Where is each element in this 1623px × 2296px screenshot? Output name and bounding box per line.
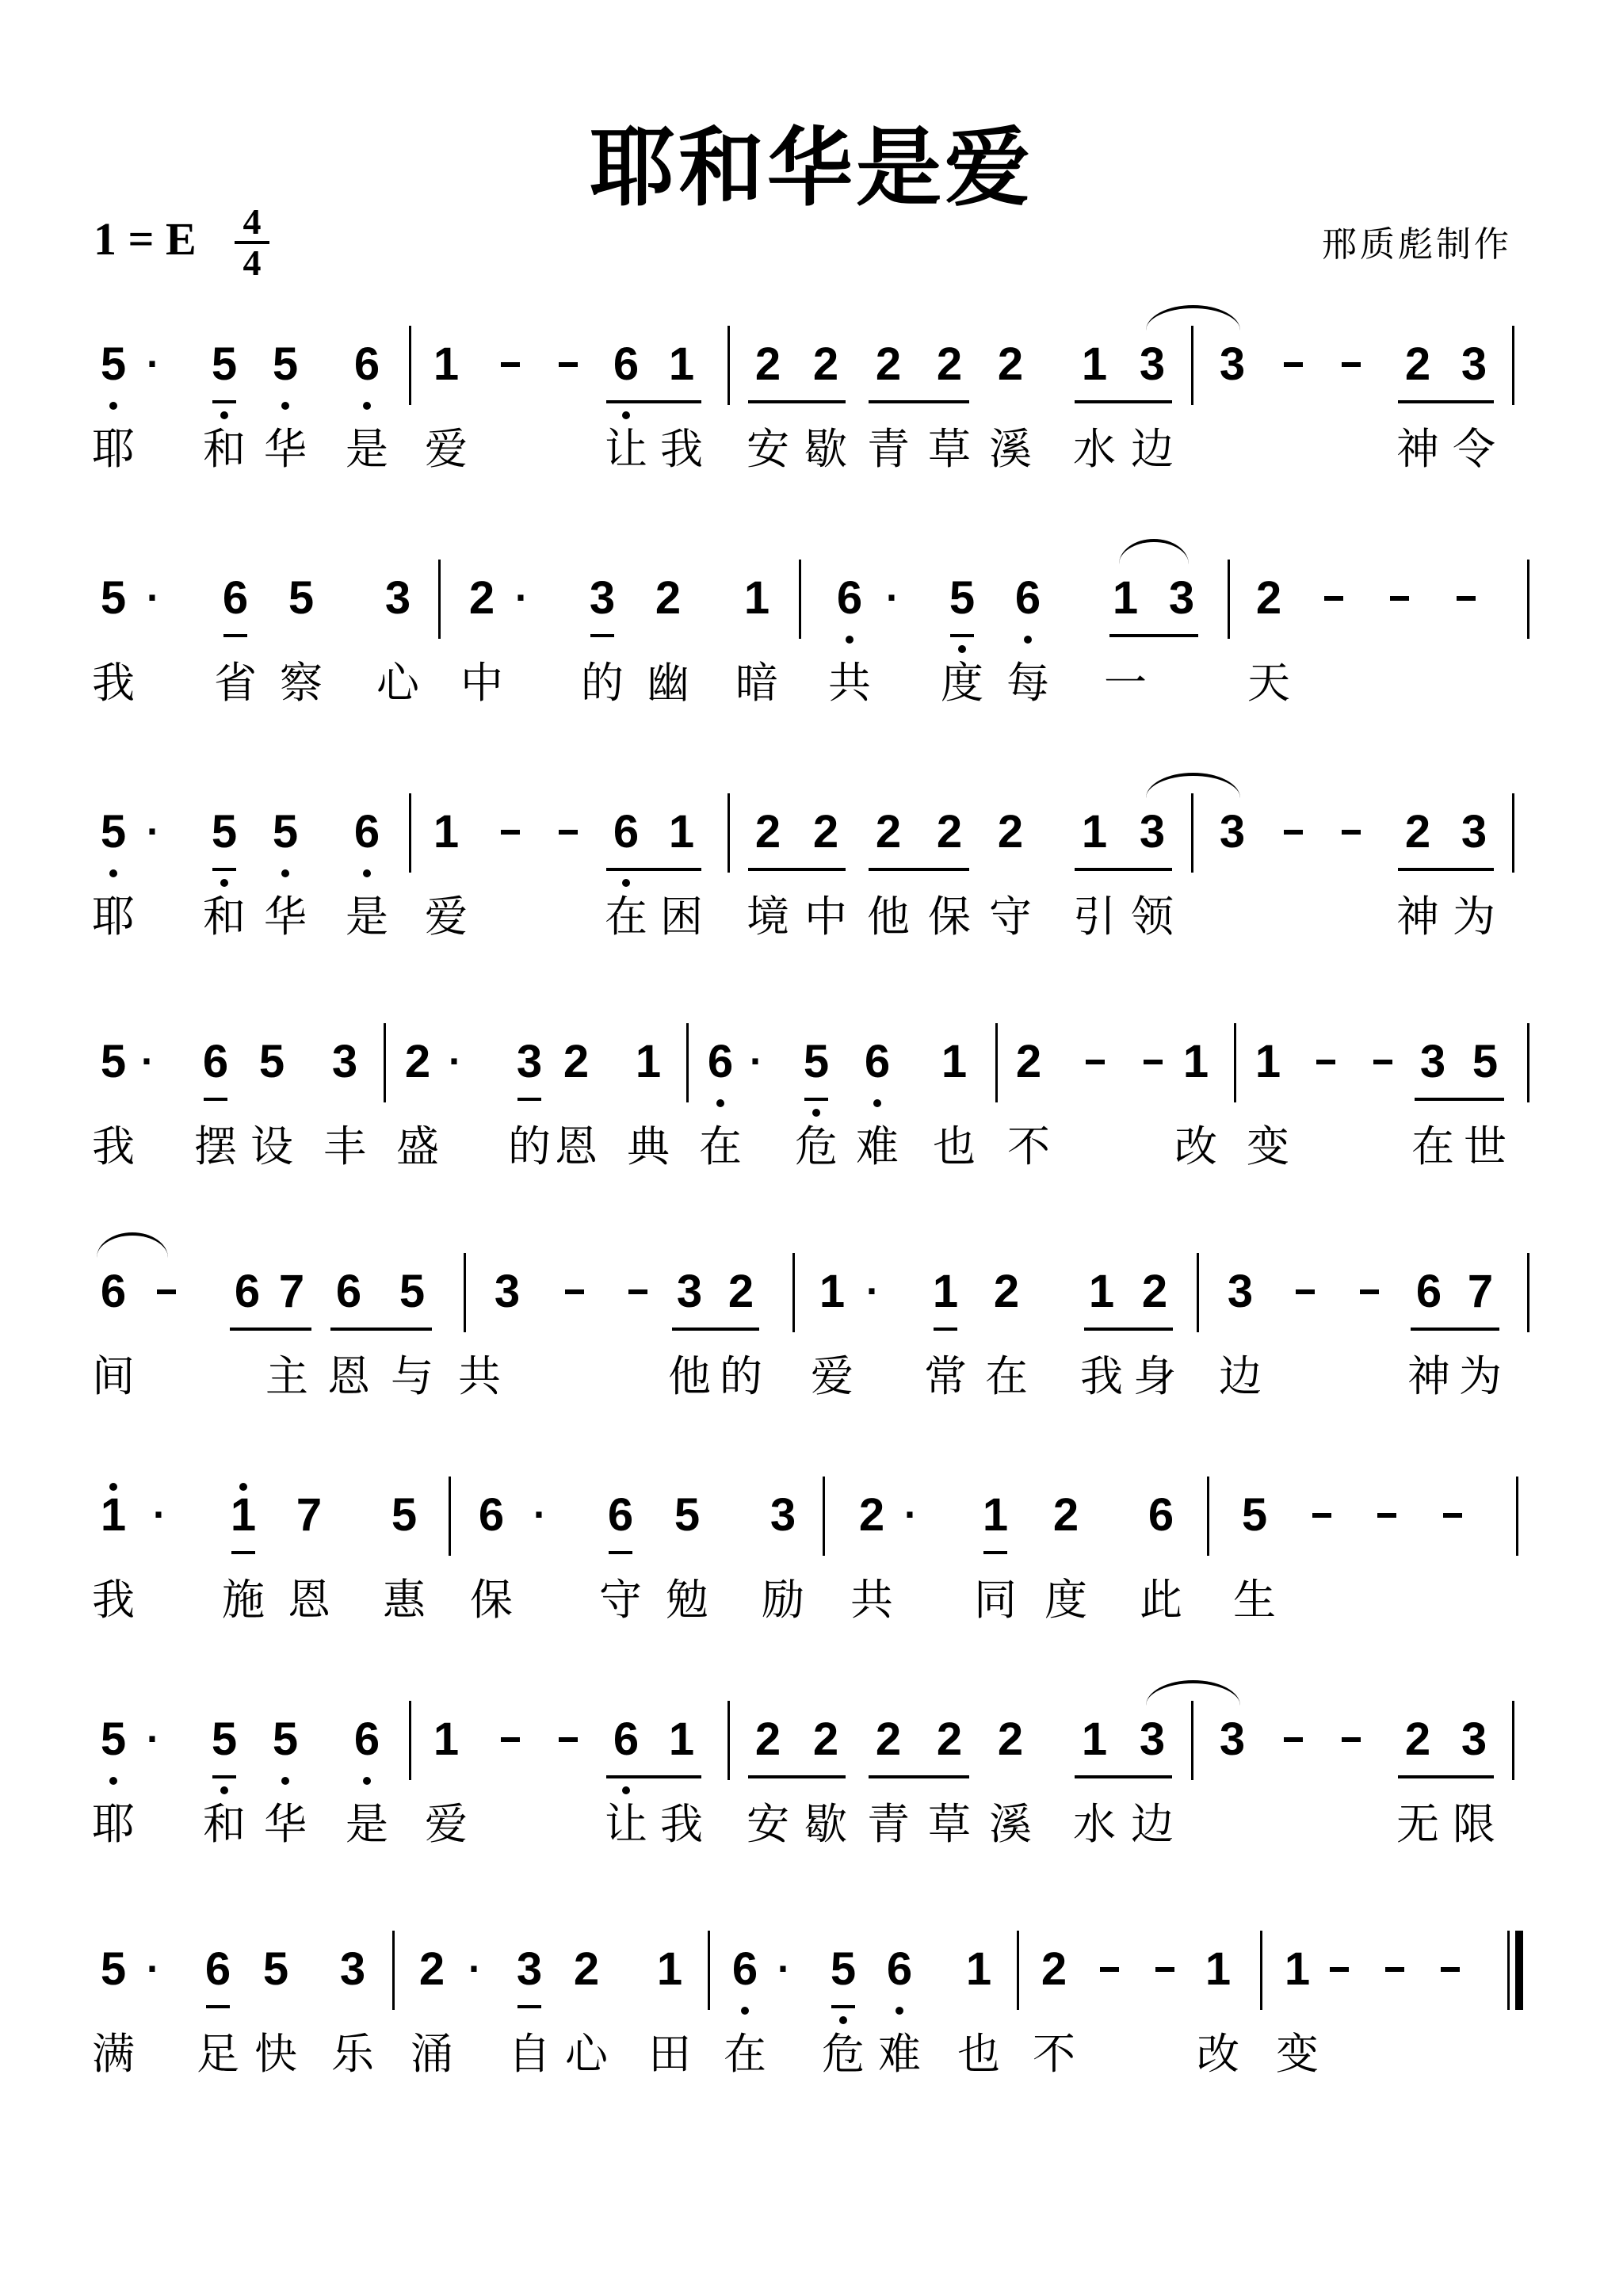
lyric-char: 恩 [285,1576,333,1624]
lyric-char: 也 [930,1123,978,1171]
note: 1 [812,1264,852,1320]
note: 1 [926,1264,965,1320]
note: 6 [725,1942,765,1997]
lyric-char: 共 [826,659,873,707]
lyric-char: 青 [865,1801,912,1848]
sixteenth-underline [934,1328,957,1331]
lyric-char: 我 [90,1123,137,1171]
sixteenth-underline [804,1098,828,1101]
note: 1 [1075,337,1114,392]
note: 3 [1132,1712,1172,1767]
lyric-char: 暗 [733,659,781,707]
lyric-char: 华 [262,426,309,473]
note: 5 [204,804,244,860]
note: 5 [256,1942,296,1997]
note: 6 [347,804,387,860]
extension-dash [157,1289,176,1294]
barline [1017,1931,1019,2010]
barline [995,1023,998,1102]
sixteenth-underline [831,2005,855,2008]
extension-dash [1457,596,1476,601]
lyric-char: 恩 [325,1353,372,1400]
octave-down-dot [622,411,630,419]
extension-dash [565,1289,584,1294]
note: 6 [606,1712,646,1767]
augmentation-dot: · [531,1488,547,1543]
note: 6 [606,804,646,860]
note: 2 [462,571,502,626]
lyric-char: 田 [646,2030,693,2078]
beam-underline [672,1328,759,1331]
beam-underline [1075,868,1172,871]
octave-down-dot [846,636,854,644]
note: 1 [737,571,777,626]
sixteenth-underline [204,1098,227,1101]
note: 5 [94,1942,133,1997]
lyric-char: 边 [1128,426,1176,473]
lyric-char: 困 [658,893,705,941]
sixteenth-underline [983,1551,1007,1554]
extension-dash [1284,830,1303,835]
lyric-char: 惠 [380,1576,428,1624]
augmentation-dot: · [144,1712,160,1767]
extension-dash [1100,1967,1119,1972]
note: 6 [216,571,255,626]
note: 5 [796,1034,836,1090]
note: 2 [721,1264,761,1320]
note: 2 [748,337,788,392]
beam-underline [214,1775,236,1778]
lyric-char: 爱 [422,426,470,473]
extension-dash [1144,1060,1163,1064]
lyric-char: 在 [602,893,650,941]
beam-underline [869,400,969,403]
note: 1 [223,1488,263,1543]
beam-underline [1084,1328,1173,1331]
note: 2 [1046,1488,1086,1543]
note: 2 [869,1712,908,1767]
augmentation-dot: · [864,1264,880,1320]
lyric-char: 在 [983,1353,1030,1400]
octave-down-dot [220,1786,228,1794]
note: 2 [412,1942,452,1997]
lyric-char: 让 [602,426,650,473]
note: 2 [852,1488,892,1543]
octave-down-dot [281,869,289,877]
lyric-char: 爱 [808,1353,856,1400]
octave-up-dot [109,1483,117,1491]
lyric-char: 间 [90,1353,137,1400]
lyric-char: 幽 [644,659,692,707]
lyric-char: 快 [252,2030,300,2078]
note: 3 [510,1034,549,1090]
barline [727,793,730,873]
note: 3 [1220,1264,1260,1320]
note: 1 [426,1712,466,1767]
augmentation-dot: · [775,1942,791,1997]
lyric-char: 变 [1274,2030,1321,2078]
note: 2 [556,1034,596,1090]
note: 7 [1461,1264,1500,1320]
lyric-char: 改 [1194,2030,1242,2078]
lyric-char: 为 [1457,1353,1504,1400]
note: 6 [601,1488,640,1543]
extension-dash [1342,362,1361,367]
lyric-char: 世 [1461,1123,1509,1171]
lyric-char: 在 [1409,1123,1457,1171]
lyric-char: 心 [563,2030,610,2078]
lyric-char: 限 [1450,1801,1498,1848]
augmentation-dot: · [747,1034,763,1090]
lyric-char: 也 [955,2030,1002,2078]
note: 1 [662,337,701,392]
extension-dash [1296,1289,1315,1294]
note: 2 [1398,1712,1438,1767]
barline [1516,1477,1518,1556]
lyric-char: 的 [717,1353,765,1400]
lyric-char: 天 [1245,659,1293,707]
lyric-char: 共 [848,1576,896,1624]
note: 3 [1413,1034,1453,1090]
barline [792,1253,795,1332]
score-row: 1·1756·6532·1265我施恩惠保守勉励共同度此生 [0,1488,1623,1678]
extension-dash [1284,362,1303,367]
octave-down-dot [839,2016,847,2024]
sixteenth-underline [223,634,247,637]
note: 5 [265,804,305,860]
slur-arc [97,1232,168,1258]
lyric-char: 华 [262,1801,309,1848]
note: 3 [1132,804,1172,860]
lyric-char: 共 [456,1353,503,1400]
sixteenth-underline [206,2005,230,2008]
beam-underline [748,400,846,403]
score-row: 5·6532·3216·561211满足快乐涌自心田在危难也不改变 [0,1942,1623,2132]
slur-arc [1146,305,1240,330]
beam-underline [748,1775,846,1778]
barline [708,1931,710,2010]
octave-down-dot [873,1099,881,1107]
note: 2 [930,1712,969,1767]
note: 1 [426,337,466,392]
extension-dash [1377,1513,1396,1518]
octave-down-dot [281,402,289,410]
barline [1260,1931,1262,2010]
extension-dash [1390,596,1409,601]
note: 5 [94,1034,133,1090]
lyric-char: 省 [212,659,259,707]
octave-down-dot [622,1786,630,1794]
note: 6 [1141,1488,1181,1543]
note: 2 [991,337,1030,392]
note: 3 [378,571,418,626]
beam-underline [1398,400,1494,403]
extension-dash [1312,1513,1331,1518]
lyric-char: 不 [1030,2030,1078,2078]
extension-dash [1443,1513,1462,1518]
lyric-char: 耶 [90,893,137,941]
note: 2 [748,1712,788,1767]
lyric-char: 危 [792,1123,840,1171]
note: 3 [670,1264,709,1320]
lyric-char: 主 [263,1353,311,1400]
lyric-char: 安 [744,1801,792,1848]
lyric-char: 和 [200,426,248,473]
note: 1 [650,1942,689,1997]
note: 3 [1162,571,1201,626]
augmentation-dot: · [884,571,899,626]
note: 5 [94,571,133,626]
note: 1 [426,804,466,860]
extension-dash [559,1737,578,1742]
note: 2 [991,1712,1030,1767]
beam-underline [214,400,236,403]
note: 3 [487,1264,527,1320]
barline [1197,1253,1199,1332]
augmentation-dot: · [144,337,160,392]
sixteenth-underline [590,634,614,637]
score-row: 667653321·1212367间主恩与共他的爱常在我身边神为 [0,1264,1623,1454]
note: 2 [1034,1942,1074,1997]
lyric-char: 变 [1244,1123,1292,1171]
lyric-char: 盛 [394,1123,441,1171]
barline [1527,1023,1529,1102]
slur-arc [1146,1680,1240,1706]
beam-underline [1398,868,1494,871]
note: 3 [1454,337,1494,392]
note: 5 [942,571,982,626]
sixteenth-underline [609,1551,632,1554]
lyric-char: 在 [721,2030,769,2078]
lyric-char: 是 [343,893,391,941]
note: 2 [991,804,1030,860]
beam-underline [869,868,969,871]
lyric-char: 我 [658,426,705,473]
octave-down-dot [220,879,228,887]
beam-underline [1398,1775,1494,1778]
score-row: 5·5561612222213323耶和华是爱让我安歇青草溪水边神令 [0,337,1623,527]
lyric-char: 改 [1172,1123,1220,1171]
lyric-char: 涌 [408,2030,456,2078]
octave-down-dot [622,879,630,887]
time-signature: 4 4 [235,204,269,281]
extension-dash [1086,1060,1105,1064]
note: 5 [94,804,133,860]
lyric-char: 是 [343,1801,391,1848]
octave-down-dot [363,1777,371,1785]
lyric-char: 此 [1137,1576,1185,1624]
lyric-char: 歇 [802,1801,850,1848]
lyric-char: 引 [1071,893,1118,941]
lyric-char: 和 [200,893,248,941]
lyric-char: 耶 [90,426,137,473]
octave-down-dot [281,1777,289,1785]
note: 3 [582,571,622,626]
octave-up-dot [239,1483,247,1491]
beam-underline [748,868,846,871]
note: 6 [472,1488,511,1543]
octave-down-dot [220,411,228,419]
beam-underline [1415,1098,1504,1101]
beam-underline [869,1775,969,1778]
note: 2 [398,1034,437,1090]
octave-down-dot [109,869,117,877]
barline [823,1477,825,1556]
note: 5 [94,1712,133,1767]
note: 6 [227,1264,267,1320]
lyric-char: 心 [374,659,422,707]
note: 6 [1409,1264,1449,1320]
note: 5 [265,1712,305,1767]
barline [686,1023,689,1102]
extension-dash [1373,1060,1392,1064]
note: 6 [196,1034,235,1090]
extension-dash [501,1737,520,1742]
lyric-char: 足 [194,2030,242,2078]
note: 6 [830,571,869,626]
slur-arc [1146,773,1240,798]
extension-dash [1342,830,1361,835]
octave-down-dot [109,402,117,410]
note: 7 [272,1264,311,1320]
note: 1 [959,1942,999,1997]
lyric-char: 爱 [422,1801,470,1848]
lyric-char: 满 [90,2030,137,2078]
augmentation-dot: · [139,1034,155,1090]
note: 3 [1132,337,1172,392]
note: 5 [252,1034,292,1090]
score-row: 5·5561612222213323耶和华是爱让我安歇青草溪水边无限 [0,1712,1623,1902]
note: 2 [648,571,688,626]
extension-dash [1330,1967,1349,1972]
beam-underline [606,400,701,403]
sixteenth-underline [517,1098,541,1101]
note: 6 [347,337,387,392]
lyric-char: 是 [343,426,391,473]
lyric-char: 草 [926,1801,973,1848]
lyric-char: 不 [1005,1123,1052,1171]
beam-underline [1075,1775,1172,1778]
lyric-char: 同 [972,1576,1019,1624]
time-signature-bottom: 4 [235,246,269,281]
lyric-char: 每 [1004,659,1052,707]
lyric-char: 勉 [663,1576,711,1624]
lyric-char: 守 [987,893,1034,941]
slur-arc [1119,539,1189,564]
augmentation-dot: · [513,571,529,626]
sixteenth-underline [517,2005,541,2008]
barline [1207,1477,1209,1556]
lyric-char: 安 [744,426,792,473]
barline [409,326,411,405]
lyric-char: 的 [579,659,626,707]
note: 1 [1075,804,1114,860]
augmentation-dot: · [902,1488,918,1543]
note: 2 [806,337,846,392]
note: 5 [392,1264,432,1320]
note: 5 [1235,1488,1274,1543]
note: 2 [1249,571,1289,626]
note: 3 [763,1488,803,1543]
note: 3 [1212,804,1252,860]
note: 2 [930,804,969,860]
augmentation-dot: · [144,571,160,626]
lyric-char: 耶 [90,1801,137,1848]
lyric-char: 歇 [802,426,850,473]
lyric-char: 神 [1394,426,1442,473]
lyric-char: 水 [1071,426,1118,473]
note: 2 [806,1712,846,1767]
lyric-char: 守 [597,1576,644,1624]
lyric-char: 度 [938,659,986,707]
author-credit: 邢质彪制作 [1322,216,1512,266]
note: 2 [869,804,908,860]
lyric-char: 境 [744,893,792,941]
extension-dash [1284,1737,1303,1742]
barline [1234,1023,1236,1102]
note: 5 [204,1712,244,1767]
lyric-char: 为 [1450,893,1498,941]
extension-dash [501,362,520,367]
lyric-char: 无 [1394,1801,1442,1848]
lyric-char: 摆 [192,1123,239,1171]
barline [1527,1253,1529,1332]
extension-dash [1385,1967,1404,1972]
note: 6 [701,1034,740,1090]
lyric-char: 难 [876,2030,923,2078]
extension-dash [1441,1967,1460,1972]
octave-down-dot [363,402,371,410]
note: 5 [823,1942,863,1997]
lyric-char: 神 [1394,893,1442,941]
note: 3 [1212,337,1252,392]
lyric-char: 设 [248,1123,296,1171]
final-barline [1515,1931,1523,2010]
octave-down-dot [109,1777,117,1785]
barline [1191,793,1193,873]
barline [438,560,441,639]
lyric-char: 边 [1128,1801,1176,1848]
lyric-char: 难 [854,1123,901,1171]
extension-dash [559,830,578,835]
note: 3 [1212,1712,1252,1767]
octave-down-dot [958,645,966,653]
note: 2 [567,1942,606,1997]
beam-underline [1075,400,1172,403]
lyric-char: 身 [1131,1353,1178,1400]
note: 3 [1454,1712,1494,1767]
lyric-char: 水 [1071,1801,1118,1848]
note: 6 [606,337,646,392]
lyric-char: 中 [802,893,850,941]
octave-down-dot [1024,636,1032,644]
lyric-char: 的 [506,1123,553,1171]
barline [464,1253,466,1332]
extension-dash [1324,596,1343,601]
note: 1 [1075,1712,1114,1767]
lyric-char: 度 [1042,1576,1090,1624]
barline [449,1477,451,1556]
note: 5 [94,337,133,392]
score-row: 5·5561612222213323耶和华是爱在困境中他保守引领神为 [0,804,1623,995]
augmentation-dot: · [466,1942,482,1997]
note: 7 [289,1488,329,1543]
lyric-char: 施 [220,1576,267,1624]
note: 6 [347,1712,387,1767]
note: 2 [1398,804,1438,860]
barline [409,1701,411,1780]
lyric-char: 他 [666,1353,713,1400]
